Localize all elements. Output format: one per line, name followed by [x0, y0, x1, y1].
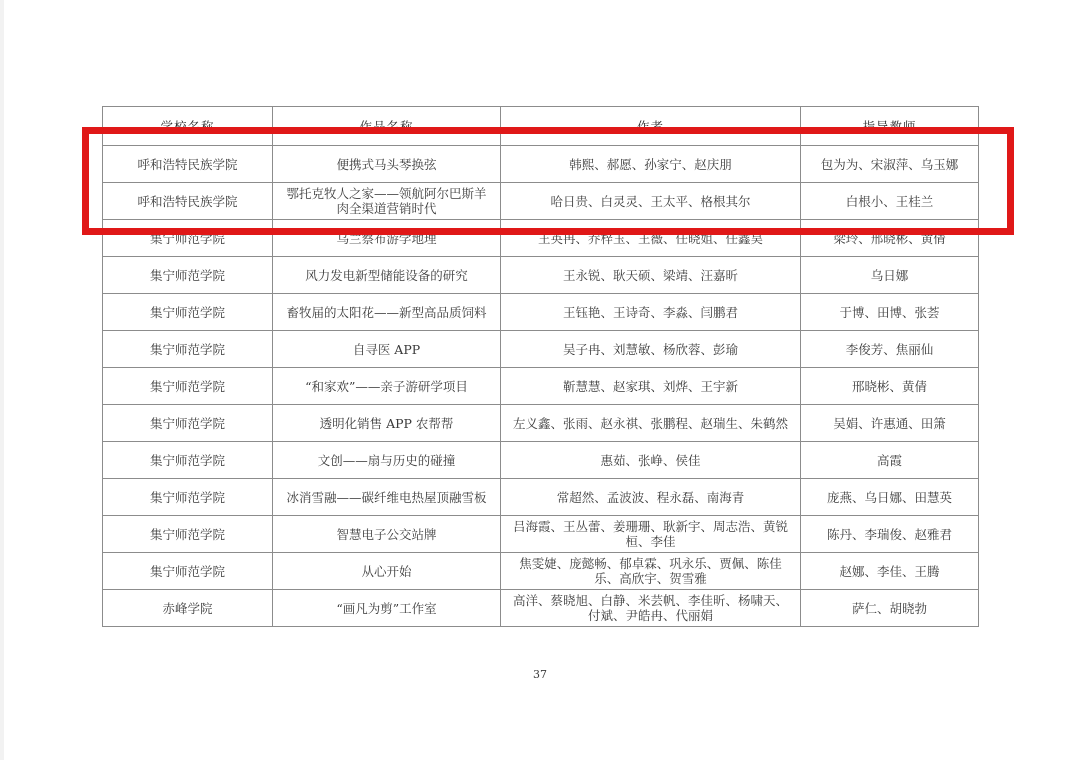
work-cell: “画凡为剪”工作室	[273, 590, 501, 627]
advisors-cell: 白根小、王桂兰	[801, 183, 979, 220]
work-cell: 智慧电子公交站牌	[273, 516, 501, 553]
table-row: 呼和浩特民族学院 鄂托克牧人之家——领航阿尔巴斯羊肉全渠道营销时代 哈日贵、白灵…	[103, 183, 979, 220]
header-school: 学校名称	[103, 107, 273, 146]
advisors-cell: 邢晓彬、黄倩	[801, 368, 979, 405]
table-row: 集宁师范学院 “和家欢”——亲子游研学项目 靳慧慧、赵家琪、刘烨、王宇新 邢晓彬…	[103, 368, 979, 405]
work-cell: 冰消雪融——碳纤维电热屋顶融雪板	[273, 479, 501, 516]
table-row: 集宁师范学院 风力发电新型储能设备的研究 王永锐、耿天硕、梁靖、汪嘉昕 乌日娜	[103, 257, 979, 294]
table-row: 集宁师范学院 文创——扇与历史的碰撞 惠茹、张峥、侯佳 高霞	[103, 442, 979, 479]
authors-cell: 左义鑫、张雨、赵永祺、张鹏程、赵瑞生、朱鹤然	[501, 405, 801, 442]
table-row: 集宁师范学院 冰消雪融——碳纤维电热屋顶融雪板 常超然、孟波波、程永磊、南海青 …	[103, 479, 979, 516]
page-number: 37	[0, 668, 1080, 681]
header-work: 作品名称	[273, 107, 501, 146]
school-cell: 集宁师范学院	[103, 516, 273, 553]
work-cell: 风力发电新型储能设备的研究	[273, 257, 501, 294]
table-row: 赤峰学院 “画凡为剪”工作室 高洋、蔡晓旭、白静、米芸帆、李佳昕、杨啸天、付斌、…	[103, 590, 979, 627]
document-page: 学校名称 作品名称 作者 指导教师 呼和浩特民族学院 便携式马头琴换弦 韩熙、郝…	[0, 0, 1080, 760]
school-cell: 赤峰学院	[103, 590, 273, 627]
school-cell: 集宁师范学院	[103, 294, 273, 331]
advisors-cell: 赵娜、李佳、王腾	[801, 553, 979, 590]
table-row: 集宁师范学院 畜牧届的太阳花——新型高品质饲料 王钰艳、王诗奇、李淼、闫鹏君 于…	[103, 294, 979, 331]
table-row: 集宁师范学院 透明化销售 APP 农帮帮 左义鑫、张雨、赵永祺、张鹏程、赵瑞生、…	[103, 405, 979, 442]
table-row: 集宁师范学院 从心开始 焦雯婕、庞懿畅、郁卓霖、巩永乐、贾佩、陈佳乐、高欣宇、贺…	[103, 553, 979, 590]
authors-cell: 韩熙、郝愿、孙家宁、赵庆朋	[501, 146, 801, 183]
table-row: 集宁师范学院 智慧电子公交站牌 吕海霞、王丛蕾、姜珊珊、耿新宇、周志浩、黄锐桓、…	[103, 516, 979, 553]
header-advisors: 指导教师	[801, 107, 979, 146]
school-cell: 集宁师范学院	[103, 479, 273, 516]
school-cell: 集宁师范学院	[103, 257, 273, 294]
authors-cell: 吕海霞、王丛蕾、姜珊珊、耿新宇、周志浩、黄锐桓、李佳	[501, 516, 801, 553]
work-cell: 透明化销售 APP 农帮帮	[273, 405, 501, 442]
authors-cell: 王永锐、耿天硕、梁靖、汪嘉昕	[501, 257, 801, 294]
work-cell: 便携式马头琴换弦	[273, 146, 501, 183]
work-cell: “和家欢”——亲子游研学项目	[273, 368, 501, 405]
authors-cell: 吴子冉、刘慧敏、杨欣蓉、彭瑜	[501, 331, 801, 368]
school-cell: 集宁师范学院	[103, 553, 273, 590]
authors-cell: 哈日贵、白灵灵、王太平、格根其尔	[501, 183, 801, 220]
page-edge-shadow	[0, 0, 4, 760]
advisors-cell: 高霞	[801, 442, 979, 479]
authors-cell: 王钰艳、王诗奇、李淼、闫鹏君	[501, 294, 801, 331]
work-cell: 畜牧届的太阳花——新型高品质饲料	[273, 294, 501, 331]
school-cell: 呼和浩特民族学院	[103, 146, 273, 183]
school-cell: 集宁师范学院	[103, 331, 273, 368]
school-cell: 集宁师范学院	[103, 220, 273, 257]
awards-table: 学校名称 作品名称 作者 指导教师 呼和浩特民族学院 便携式马头琴换弦 韩熙、郝…	[102, 106, 979, 627]
advisors-cell: 梁玲、邢晓彬、黄倩	[801, 220, 979, 257]
advisors-cell: 包为为、宋淑萍、乌玉娜	[801, 146, 979, 183]
table-header-row: 学校名称 作品名称 作者 指导教师	[103, 107, 979, 146]
advisors-cell: 于博、田博、张荟	[801, 294, 979, 331]
advisors-cell: 萨仁、胡晓勃	[801, 590, 979, 627]
school-cell: 集宁师范学院	[103, 368, 273, 405]
school-cell: 呼和浩特民族学院	[103, 183, 273, 220]
work-cell: 从心开始	[273, 553, 501, 590]
authors-cell: 惠茹、张峥、侯佳	[501, 442, 801, 479]
table-row: 呼和浩特民族学院 便携式马头琴换弦 韩熙、郝愿、孙家宁、赵庆朋 包为为、宋淑萍、…	[103, 146, 979, 183]
advisors-cell: 庞燕、乌日娜、田慧英	[801, 479, 979, 516]
advisors-cell: 陈丹、李瑞俊、赵雅君	[801, 516, 979, 553]
advisors-cell: 李俊芳、焦丽仙	[801, 331, 979, 368]
table-row: 集宁师范学院 自寻医 APP 吴子冉、刘慧敏、杨欣蓉、彭瑜 李俊芳、焦丽仙	[103, 331, 979, 368]
work-cell: 鄂托克牧人之家——领航阿尔巴斯羊肉全渠道营销时代	[273, 183, 501, 220]
school-cell: 集宁师范学院	[103, 405, 273, 442]
authors-cell: 焦雯婕、庞懿畅、郁卓霖、巩永乐、贾佩、陈佳乐、高欣宇、贺雪雅	[501, 553, 801, 590]
authors-cell: 靳慧慧、赵家琪、刘烨、王宇新	[501, 368, 801, 405]
school-cell: 集宁师范学院	[103, 442, 273, 479]
header-authors: 作者	[501, 107, 801, 146]
advisors-cell: 吴娟、许惠通、田箫	[801, 405, 979, 442]
advisors-cell: 乌日娜	[801, 257, 979, 294]
authors-cell: 常超然、孟波波、程永磊、南海青	[501, 479, 801, 516]
table-row: 集宁师范学院 乌兰察布游学地理 王英冉、乔梓玉、王薇、任晓姐、任鑫昊 梁玲、邢晓…	[103, 220, 979, 257]
work-cell: 乌兰察布游学地理	[273, 220, 501, 257]
authors-cell: 高洋、蔡晓旭、白静、米芸帆、李佳昕、杨啸天、付斌、尹皓冉、代丽娟	[501, 590, 801, 627]
authors-cell: 王英冉、乔梓玉、王薇、任晓姐、任鑫昊	[501, 220, 801, 257]
work-cell: 文创——扇与历史的碰撞	[273, 442, 501, 479]
work-cell: 自寻医 APP	[273, 331, 501, 368]
